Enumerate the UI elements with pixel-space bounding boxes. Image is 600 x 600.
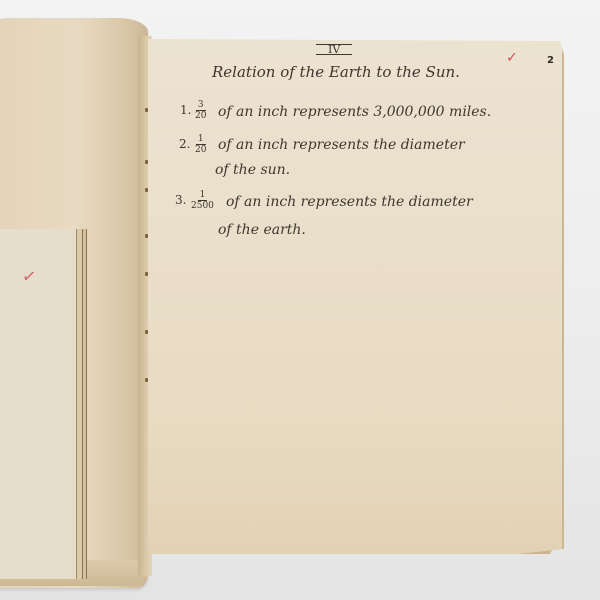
inserted-card-stack: ✓ xyxy=(0,229,88,579)
fraction-denominator: 20 xyxy=(195,111,206,121)
binding-stitch xyxy=(145,272,148,276)
notebook-photo: ✓ IV Relation of the Earth to the Sun. ✓… xyxy=(0,0,600,600)
item-text-line: of an inch represents 3,000,000 miles. xyxy=(218,104,491,120)
chapter-numeral: IV xyxy=(316,44,352,55)
binding-stitch xyxy=(145,378,148,382)
fraction-numerator: 1 xyxy=(196,134,206,145)
item-number: 1. xyxy=(180,103,191,117)
page-number: 2 xyxy=(547,55,554,66)
fraction-numerator: 3 xyxy=(196,100,206,111)
item-text-line: of the sun. xyxy=(215,162,290,178)
binding-stitch xyxy=(145,108,148,112)
red-check-mark-icon: ✓ xyxy=(506,50,518,66)
item-number: 2. xyxy=(179,137,190,151)
binding-stitch xyxy=(145,330,148,334)
fraction-denominator: 2500 xyxy=(191,201,214,211)
item-text-line: of an inch represents the diameter xyxy=(226,194,473,210)
binding-stitch xyxy=(145,234,148,238)
red-check-mark-icon: ✓ xyxy=(21,266,38,288)
item-fraction: 1 2500 xyxy=(191,190,214,211)
item-fraction: 3 20 xyxy=(195,100,206,121)
page-title: Relation of the Earth to the Sun. xyxy=(212,63,460,81)
fraction-denominator: 20 xyxy=(195,145,206,155)
binding-stitch xyxy=(145,188,148,192)
card-layer-top: ✓ xyxy=(0,229,77,579)
item-text-line: of an inch represents the diameter xyxy=(218,137,465,153)
item-number: 3. xyxy=(175,193,186,207)
item-fraction: 1 20 xyxy=(195,134,206,155)
binding-stitch xyxy=(145,160,148,164)
fraction-numerator: 1 xyxy=(198,190,208,201)
item-text-line: of the earth. xyxy=(218,222,306,238)
